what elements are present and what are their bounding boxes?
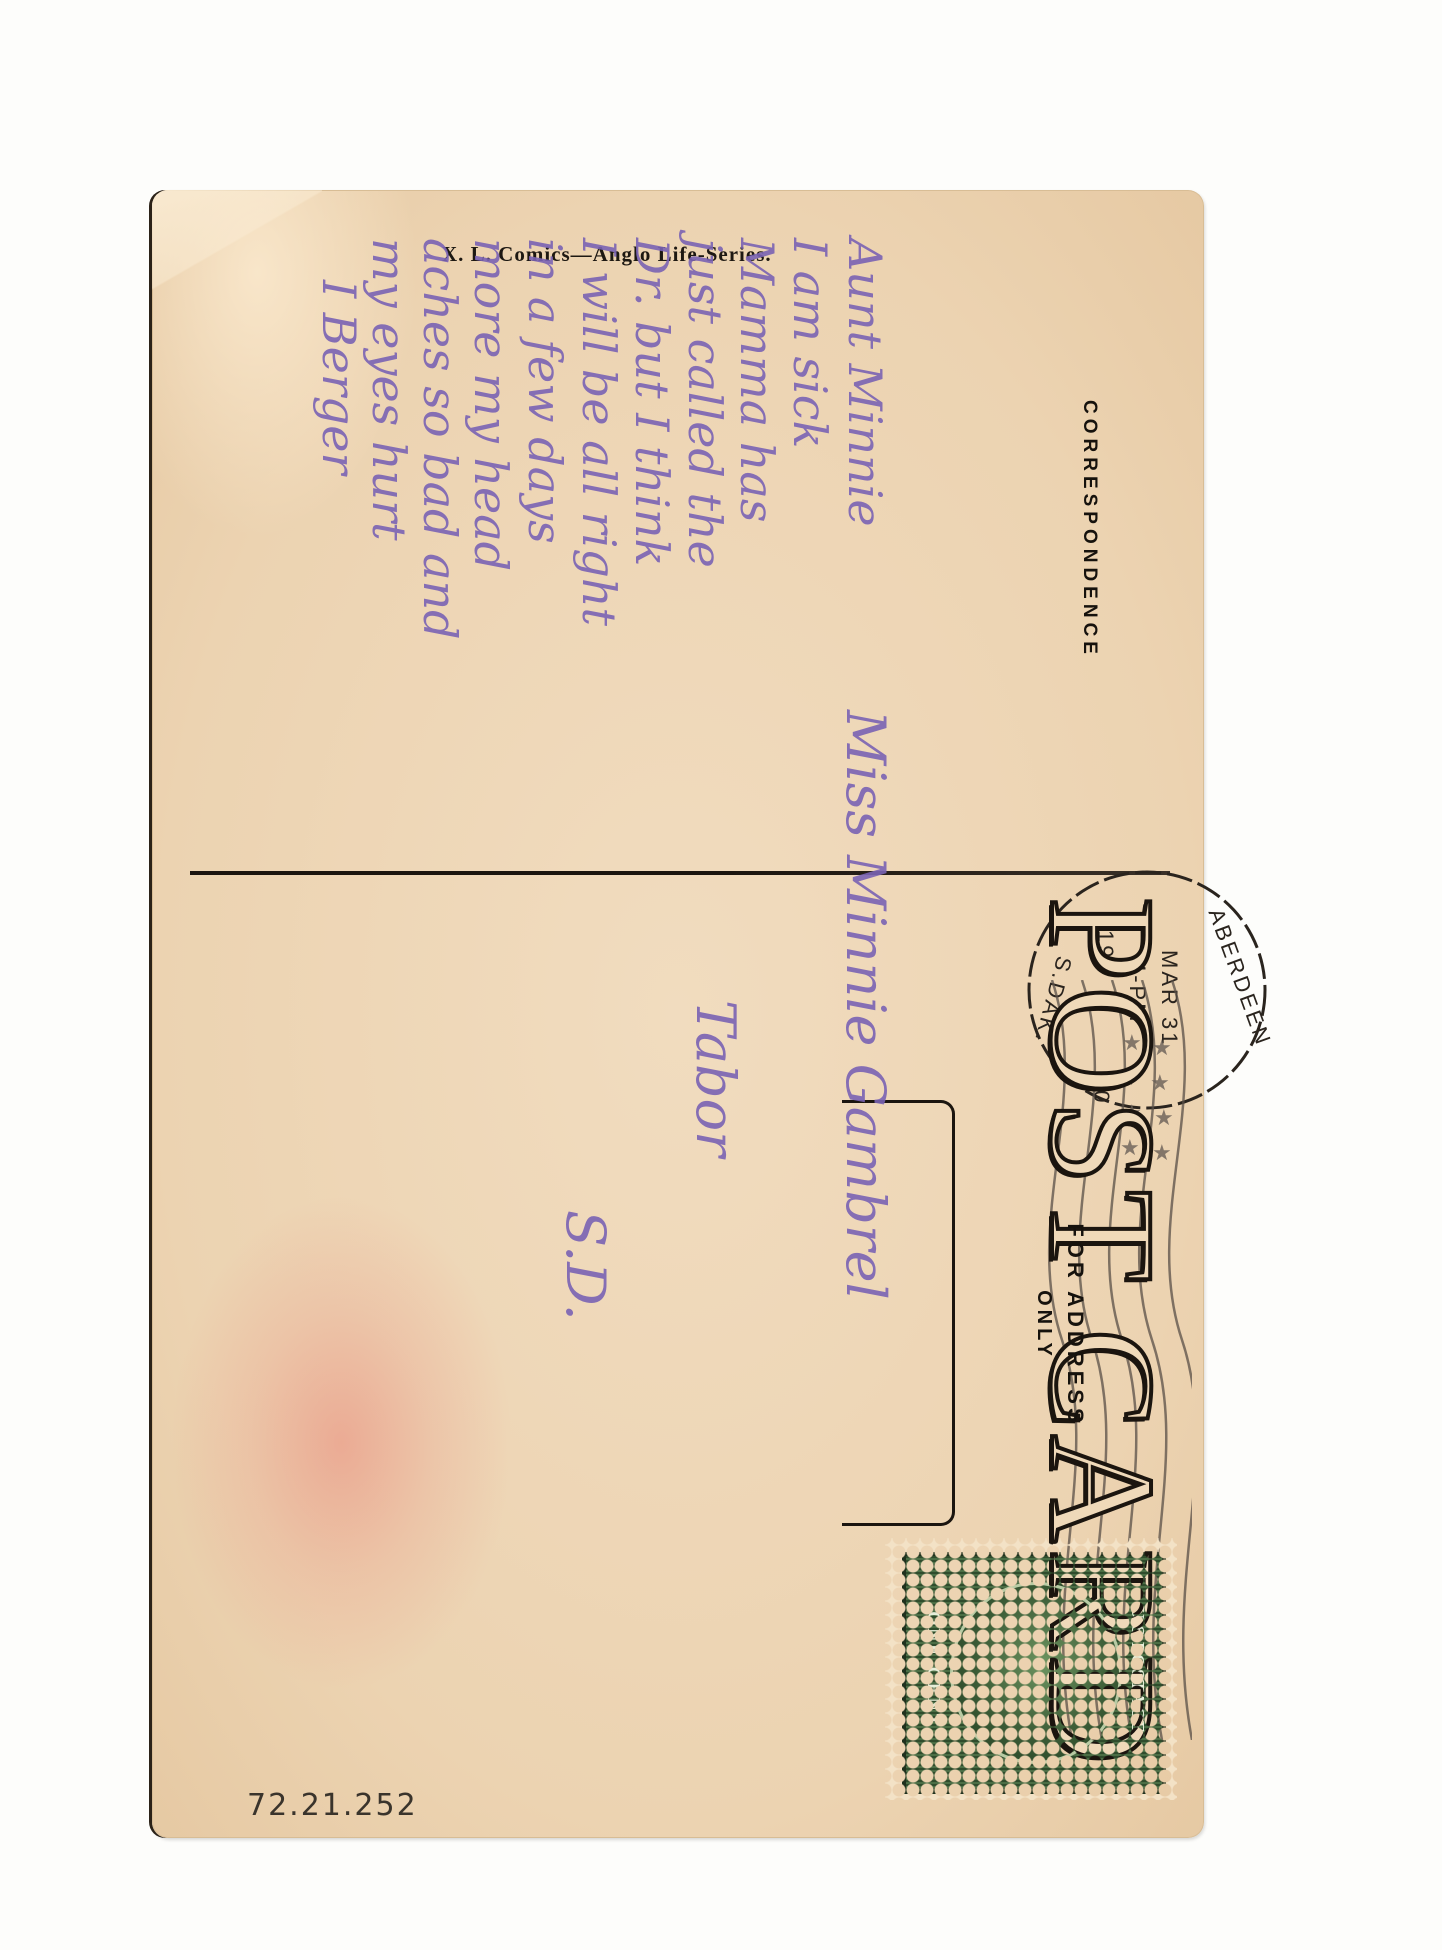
address-line: Miss Minnie Gambrel [834,710,897,1300]
message-line: Aunt Minnie [838,238,892,527]
message-line: I will be all right [572,238,626,626]
address-line: S.D. [554,1210,617,1321]
message-line: just called the [678,238,732,568]
correspondence-label: CORRESPONDENCE [1070,400,1100,760]
for-address-only-label: FOR ADDRESS ONLY [1022,1155,1092,1495]
stamp-label-one-cent: ONE CENT [914,1570,944,1770]
washington-portrait-icon [950,1582,1122,1764]
message-line: I am sick [783,238,837,448]
stamp-label-us-postage: U.S.POSTAGE [1118,1570,1148,1770]
message-line: in a few days [518,238,572,544]
stamp-engraving: U.S.POSTAGE ONE CENT [902,1552,1166,1794]
accession-number: 72.21.252 [247,1788,418,1823]
message-line: aches so bad and [413,238,467,640]
message-line: my eyes hurt [362,238,416,541]
message-line: more my head [464,238,518,571]
message-signature: I Berger [312,280,366,474]
message-line: Mamma has [730,238,784,522]
address-label-line1: FOR ADDRESS [1058,1155,1092,1495]
corner-crease [152,190,322,310]
postage-stamp: U.S.POSTAGE ONE CENT [885,1538,1177,1800]
address-line: Tabor [684,1000,747,1157]
message-line: Dr. but I think [625,238,679,566]
address-label-line2: ONLY [1030,1155,1058,1495]
